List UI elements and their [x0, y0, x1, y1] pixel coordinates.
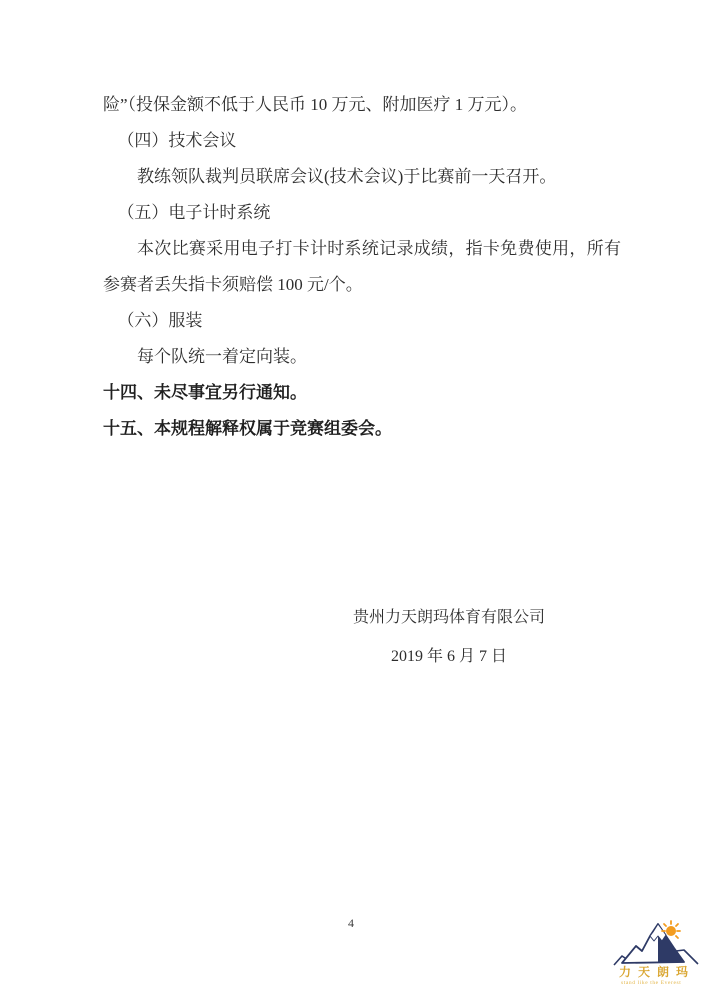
section-15: 十五、本规程解释权属于竞赛组委会。	[103, 411, 621, 447]
logo-english-text: stand like the Everest	[621, 980, 681, 986]
subheading-uniform: （六）服装	[103, 303, 621, 339]
paragraph-technical-meeting: 教练领队裁判员联席会议(技术会议)于比赛前一天召开。	[103, 159, 621, 195]
signature-company: 贵州力天朗玛体育有限公司	[353, 598, 545, 637]
signature-block: 贵州力天朗玛体育有限公司 2019 年 6 月 7 日	[353, 598, 545, 676]
paragraph-timing-system: 本次比赛采用电子打卡计时系统记录成绩，指卡免费使用，所有参赛者丢失指卡须赔偿 1…	[103, 231, 621, 303]
document-body: 险”（投保金额不低于人民币 10 万元、附加医疗 1 万元）。 （四）技术会议 …	[103, 87, 621, 447]
subheading-timing-system: （五）电子计时系统	[103, 195, 621, 231]
page-number: 4	[0, 916, 702, 931]
subheading-technical-meeting: （四）技术会议	[103, 123, 621, 159]
logo-chinese-text: 力天朗玛	[619, 964, 695, 979]
signature-date: 2019 年 6 月 7 日	[353, 637, 545, 676]
paragraph-uniform: 每个队统一着定向装。	[103, 339, 621, 375]
document-page: 险”（投保金额不低于人民币 10 万元、附加医疗 1 万元）。 （四）技术会议 …	[0, 0, 702, 993]
sun-icon	[666, 926, 676, 936]
company-logo: 力天朗玛 stand like the Everest	[612, 918, 702, 988]
section-14: 十四、未尽事宜另行通知。	[103, 375, 621, 411]
mountain-logo-icon: 力天朗玛 stand like the Everest	[612, 918, 702, 988]
paragraph-insurance-note: 险”（投保金额不低于人民币 10 万元、附加医疗 1 万元）。	[103, 87, 621, 123]
